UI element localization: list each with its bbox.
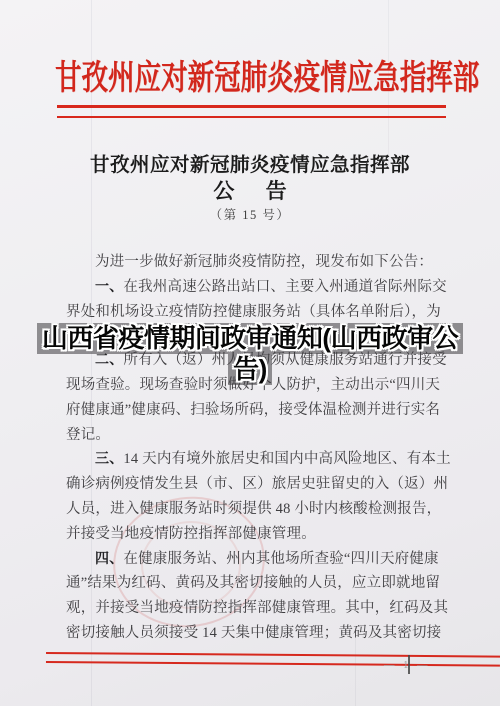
document-line-text: 府健康通”健康码、扫验场所码，接受体温检测并进行实名 — [66, 402, 440, 418]
document-line: 通”结果为红码、黄码及其密切接触的人员，应立即就地留 — [66, 571, 444, 596]
headline-overlay: 山西省疫情期间政审通知(山西政审公 告) — [0, 323, 500, 385]
document-line-text: 并接受当地疫情防控指挥部健康管理。 — [66, 526, 316, 542]
document-line-text: 通”结果为红码、黄码及其密切接触的人员，应立即就地留 — [66, 575, 440, 591]
list-item-marker: 一、 — [95, 278, 123, 294]
document-issue-number: （第 15 号） — [0, 205, 500, 223]
document-line-text: 观，并接受当地疫情防控指挥部健康管理。其中，红码及其 — [66, 600, 448, 616]
list-item-marker: 四、 — [95, 550, 123, 566]
fold-mark — [408, 655, 410, 674]
document-line-text: 确诊病例疫情发生县（市、区）旅居史驻留史的入（返）州 — [66, 476, 448, 492]
document-body: 为进一步做好新冠肺炎疫情防控，现发布如下公告： 一、在我州高速公路出站口、主要入… — [66, 250, 444, 646]
document-line-text: 密切接触人员须接受 14 天集中健康管理；黄码及其密切接 — [66, 625, 441, 641]
document-line: 一、在我州高速公路出站口、主要入州通道省际州际交 — [66, 275, 444, 300]
document-line: 登记。 — [66, 423, 444, 448]
document-line: 界处和机场设立疫情防控健康服务站（具体名单附后），为 — [66, 300, 444, 325]
document-line-text: 为进一步做好新冠肺炎疫情防控，现发布如下公告： — [95, 254, 433, 270]
letterhead-double-rule — [57, 105, 446, 118]
document-line: 为进一步做好新冠肺炎疫情防控，现发布如下公告： — [66, 250, 444, 275]
document-line: 三、14 天内有境外旅居史和国内中高风险地区、有本土 — [66, 447, 444, 472]
footer-red-rule — [46, 652, 500, 666]
document-subtitle: 公 告 — [13, 175, 500, 205]
document-line-text: 登记。 — [66, 427, 110, 443]
headline-line-2: 告) — [228, 354, 272, 385]
document-line: 府健康通”健康码、扫验场所码，接受体温检测并进行实名 — [66, 398, 444, 423]
document-line: 观，并接受当地疫情防控指挥部健康管理。其中，红码及其 — [66, 596, 444, 621]
document-title: 甘孜州应对新冠肺炎疫情应急指挥部 — [0, 149, 500, 177]
headline-line-1: 山西省疫情期间政审通知(山西政审公 — [37, 323, 463, 354]
document-line-text: 在我州高速公路出站口、主要入州通道省际州际交 — [123, 279, 446, 295]
document-line-text: 界处和机场设立疫情防控健康服务站（具体名单附后），为 — [66, 304, 441, 320]
document-line-text: 14 天内有境外旅居史和国内中高风险地区、有本土 — [123, 451, 450, 467]
document-line: 并接受当地疫情防控指挥部健康管理。 — [66, 522, 444, 547]
document-line: 四、在健康服务站、州内其他场所查验“四川天府健康 — [66, 547, 444, 572]
letterhead-banner-title: 甘孜州应对新冠肺炎疫情应急指挥部 — [55, 56, 445, 102]
document-line: 密切接触人员须接受 14 天集中健康管理；黄码及其密切接 — [66, 621, 444, 646]
document-line: 人员，进入健康服务站时须提供 48 小时内核酸检测报告， — [66, 497, 444, 522]
document-line-text: 人员，进入健康服务站时须提供 48 小时内核酸检测报告， — [66, 501, 441, 517]
scanned-notice-page: 甘孜州应对新冠肺炎疫情应急指挥部 甘孜州应对新冠肺炎疫情应急指挥部 公 告 （第… — [0, 0, 500, 706]
document-line: 确诊病例疫情发生县（市、区）旅居史驻留史的入（返）州 — [66, 472, 444, 497]
list-item-marker: 三、 — [95, 450, 123, 466]
document-line-text: 在健康服务站、州内其他场所查验“四川天府健康 — [123, 551, 438, 567]
